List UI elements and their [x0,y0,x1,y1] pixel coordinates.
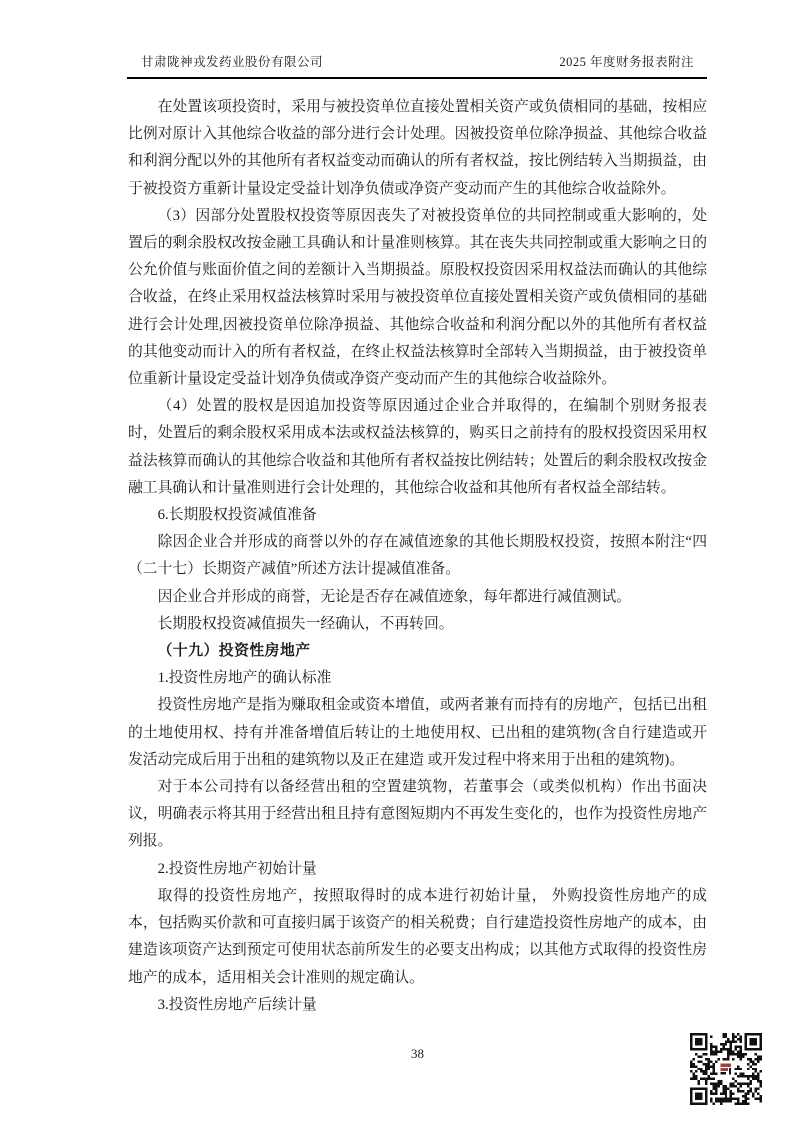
paragraph: 长期股权投资减值损失一经确认，不再转回。 [128,611,707,638]
qr-code-icon [690,1033,762,1105]
paragraph: 6.长期股权投资减值准备 [128,502,707,529]
page-number: 38 [128,1046,707,1062]
paragraph: 投资性房地产是指为赚取租金或资本增值，或两者兼有而持有的房地产，包括已出租的土地… [128,692,707,774]
paragraph: 取得的投资性房地产，按照取得时的成本进行初始计量， 外购投资性房地产的成本，包括… [128,883,707,992]
header-doc-title: 2025 年度财务报表附注 [559,52,694,70]
section-heading: （十九）投资性房地产 [128,638,707,665]
paragraph: （3）因部分处置股权投资等原因丧失了对被投资单位的共同控制或重大影响的，处置后的… [128,203,707,393]
paragraph: （4）处置的股权是因追加投资等原因通过企业合并取得的，在编制个别财务报表时，处置… [128,393,707,502]
paragraph: 3.投资性房地产后续计量 [128,992,707,1019]
paragraph: 对于本公司持有以备经营出租的空置建筑物，若董事会（或类似机构）作出书面决议，明确… [128,774,707,856]
document-body: 在处置该项投资时，采用与被投资单位直接处置相关资产或负债相同的基础，按相应比例对… [128,94,707,1019]
paragraph: 2.投资性房地产初始计量 [128,856,707,883]
document-page: 甘肃陇神戎发药业股份有限公司 2025 年度财务报表附注 在处置该项投资时，采用… [0,0,794,1122]
paragraph: 因企业合并形成的商誉，无论是否存在减值迹象，每年都进行减值测试。 [128,584,707,611]
paragraph: 除因企业合并形成的商誉以外的存在减值迹象的其他长期股权投资，按照本附注“四（二十… [128,529,707,583]
page-header: 甘肃陇神戎发药业股份有限公司 2025 年度财务报表附注 [127,52,707,79]
paragraph: 在处置该项投资时，采用与被投资单位直接处置相关资产或负债相同的基础，按相应比例对… [128,94,707,203]
header-company-name: 甘肃陇神戎发药业股份有限公司 [141,52,323,70]
paragraph: 1.投资性房地产的确认标准 [128,665,707,692]
